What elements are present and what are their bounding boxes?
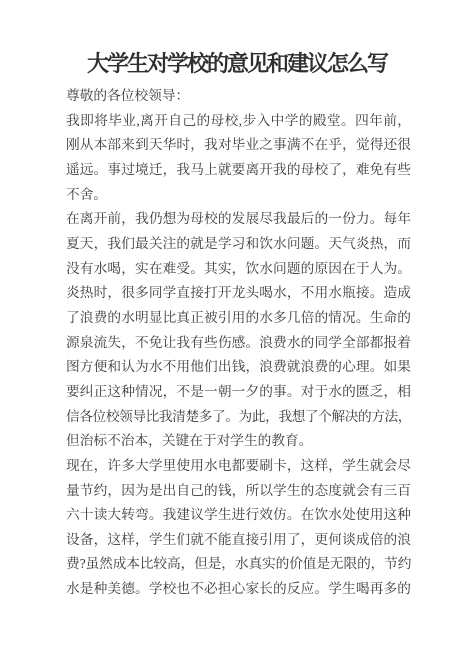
text-line: 费?虽然成本比较高，但是，水真实的价值是无限的，节约	[66, 552, 411, 577]
text-line: 在离开前，我仍想为母校的发展尽我最后的一份力。每年	[66, 207, 411, 232]
text-line: 没有水喝，实在难受。其实，饮水问题的原因在于人为。	[66, 257, 411, 282]
text-line: 信各位校领导比我清楚多了。为此，我想了个解决的方法，	[66, 405, 411, 430]
text-line: 六十读大转弯。我建议学生进行效仿。在饮水处使用这种	[66, 503, 411, 528]
text-line: 水是种美德。学校也不必担心家长的反应。学生喝再多的	[66, 577, 411, 602]
text-line: 遥远。事过境迁，我马上就要离开我的母校了，难免有些	[66, 158, 411, 183]
text-line: 炎热时，很多同学直接打开龙头喝水，不用水瓶接。造成	[66, 281, 411, 306]
text-line: 我即将毕业,离开自己的母校,步入中学的殿堂。四年前，	[66, 109, 411, 134]
text-line: 源泉流失，不免让我有些伤感。浪费水的同学全部都报着	[66, 331, 411, 356]
text-line: 现在，许多大学里使用水电都要刷卡，这样，学生就会尽	[66, 454, 411, 479]
salutation-line: 尊敬的各位校领导：	[66, 84, 411, 109]
text-line: 不舍。	[66, 183, 411, 208]
text-line: 要纠正这种情况，不是一朝一夕的事。对于水的匮乏，相	[66, 380, 411, 405]
document-title: 大学生对学校的意见和建议怎么写	[0, 47, 474, 78]
text-line: 图方便和认为水不用他们出钱，浪费就浪费的心理。如果	[66, 355, 411, 380]
text-line: 但治标不治本，关键在于对学生的教育。	[66, 429, 411, 454]
text-line: 夏天，我们最关注的就是学习和饮水问题。天气炎热，而	[66, 232, 411, 257]
text-line: 设备，这样，学生们就不能直接引用了，更何谈成倍的浪	[66, 528, 411, 553]
document-body: 尊敬的各位校领导： 我即将毕业,离开自己的母校,步入中学的殿堂。四年前， 刚从本…	[66, 84, 411, 602]
document-page: 大学生对学校的意见和建议怎么写 尊敬的各位校领导： 我即将毕业,离开自己的母校,…	[0, 0, 474, 670]
text-line: 了浪费的水明显比真正被引用的水多几倍的情况。生命的	[66, 306, 411, 331]
text-line: 刚从本部来到天华时，我对毕业之事满不在乎，觉得还很	[66, 133, 411, 158]
text-line: 量节约，因为是出自己的钱，所以学生的态度就会有三百	[66, 479, 411, 504]
